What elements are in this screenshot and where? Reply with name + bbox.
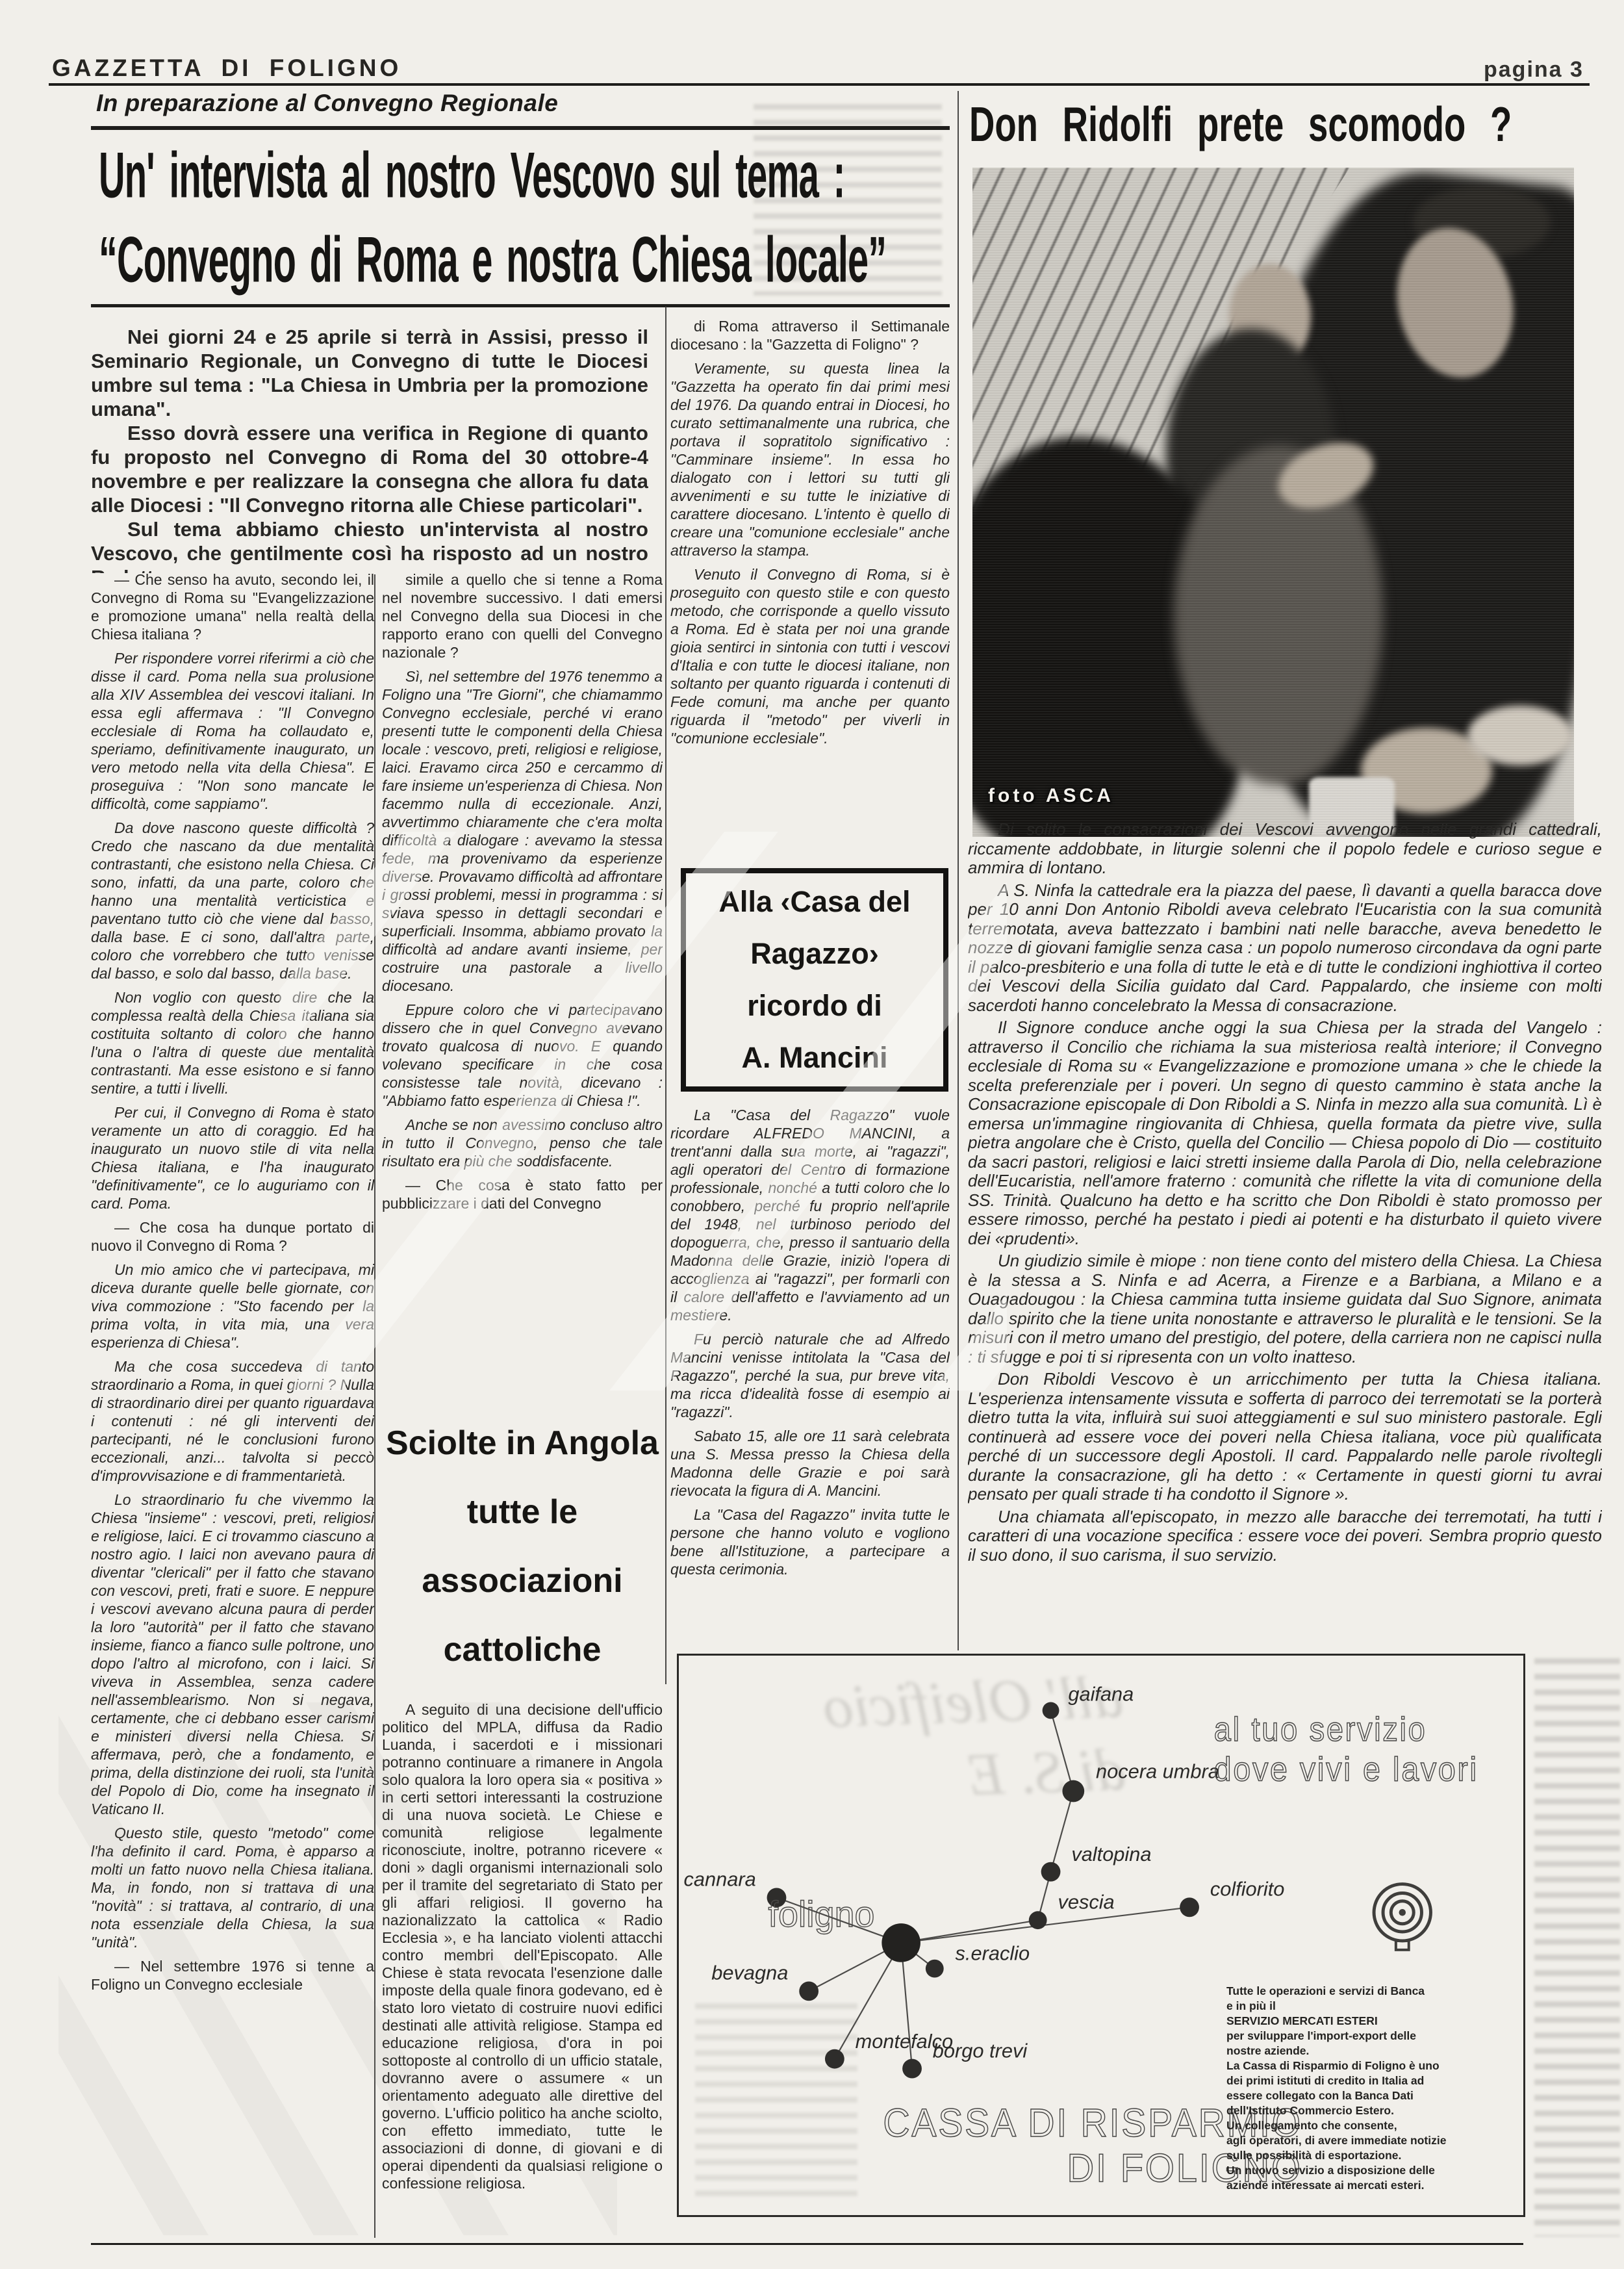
paragraph: Don Riboldi Vescovo è un arricchimento p… — [968, 1370, 1602, 1504]
consecration-photo: foto ASCA — [972, 168, 1574, 837]
map-edge — [1051, 1791, 1074, 1872]
text-line: Alla ‹Casa del — [686, 876, 943, 928]
text-line: cattoliche — [382, 1615, 663, 1684]
paragraph: Sabato 15, alle ore 11 sarà celebrata un… — [670, 1427, 950, 1500]
text-line: Sciolte in Angola — [382, 1409, 663, 1478]
paragraph: Anche se non avessimo concluso altro in … — [382, 1116, 663, 1170]
interview-column-2: simile a quello che si tenne a Roma nel … — [382, 570, 663, 1370]
text-line: nostre aziende. — [1226, 2044, 1447, 2058]
map-edge — [1051, 1710, 1074, 1791]
kicker: In preparazione al Convegno Regionale — [96, 90, 558, 117]
paragraph: — Che cosa ha dunque portato di nuovo il… — [91, 1218, 374, 1255]
paragraph: La "Casa del Ragazzo" invita tutte le pe… — [670, 1506, 950, 1578]
paragraph: Sul tema abbiamo chiesto un'intervista a… — [91, 517, 648, 573]
paragraph: Ma che cosa succedeva di tanto straordin… — [91, 1357, 374, 1485]
paragraph: Fu perciò naturale che ad Alfredo Mancin… — [670, 1330, 950, 1421]
showthrough-noise — [1534, 1658, 1620, 2237]
ad-outline-text: dove vivi e lavori — [1214, 1750, 1478, 1788]
photo-halftone-overlay — [972, 168, 1574, 837]
text-line: Un collegamento che consente, — [1226, 2118, 1447, 2133]
text-line: tutte le — [382, 1478, 663, 1546]
text-line: dell'Istituto Commercio Estero. — [1226, 2103, 1447, 2118]
paragraph: A seguito di una decisione dell'ufficio … — [382, 1701, 663, 2192]
paragraph: A S. Ninfa la cattedrale era la piazza d… — [968, 881, 1602, 1016]
paragraph: Venuto il Convegno di Roma, si è prosegu… — [670, 565, 950, 747]
text-line: SERVIZIO MERCATI ESTERI — [1226, 2014, 1447, 2029]
paragraph: Veramente, su questa linea la "Gazzetta … — [670, 359, 950, 559]
text-line: essere collegato con la Banca Dati — [1226, 2088, 1447, 2103]
map-town-dot — [1043, 1702, 1059, 1719]
map-town-label: cannara — [684, 1868, 756, 1891]
text-line: aziende interessate ai mercati esteri. — [1226, 2178, 1447, 2193]
casa-del-ragazzo-article: La "Casa del Ragazzo" vuole ricordare AL… — [670, 1106, 950, 1686]
text-line: Un nuovo servizio a disposizione delle — [1226, 2163, 1447, 2178]
interview-column-1: — Che senso ha avuto, secondo lei, il Co… — [91, 570, 374, 2238]
map-edge — [901, 1920, 1038, 1943]
map-hub-label: foligno — [768, 1894, 875, 1934]
map-town-label: s.eraclio — [956, 1942, 1030, 1965]
main-headline-line-1: Un' intervista al nostro Vescovo sul tem… — [99, 139, 845, 212]
bottom-rule — [91, 2243, 1523, 2245]
map-town-label: bevagna — [711, 1962, 788, 1984]
map-town-dot — [1180, 1897, 1199, 1917]
text-line: La Cassa di Risparmio di Foligno è uno — [1226, 2058, 1447, 2073]
text-line: ricordo di — [686, 980, 943, 1032]
map-town-label: nocera umbra — [1096, 1760, 1219, 1783]
ridolfi-article: Di solito le consacrazioni dei Vescovi a… — [968, 820, 1602, 1652]
text-line: dei primi istituti di credito in Italia … — [1226, 2073, 1447, 2088]
newspaper-page: GAZZETTA DI FOLIGNO pagina 3 In preparaz… — [0, 0, 1624, 2269]
paragraph: Per cui, il Convegno di Roma è stato ver… — [91, 1103, 374, 1212]
paragraph: Questo stile, questo "metodo" come l'ha … — [91, 1824, 374, 1951]
text-line: agli operatori, di avere immediate notiz… — [1226, 2133, 1447, 2148]
paragraph: Eppure coloro che vi partecipavano disse… — [382, 1001, 663, 1110]
angola-headline: Sciolte in Angolatutte leassociazionicat… — [382, 1409, 663, 1684]
map-town-dot — [825, 2049, 844, 2069]
map-town-dot — [1029, 1911, 1047, 1929]
text-line: sulle possibilità di esportazione. — [1226, 2148, 1447, 2163]
paragraph: Un mio amico che vi partecipava, mi dice… — [91, 1261, 374, 1352]
map-town-dot — [799, 1982, 818, 2001]
paragraph: Sì, nel settembre del 1976 tenemmo a Fol… — [382, 667, 663, 995]
paragraph: — Che senso ha avuto, secondo lei, il Co… — [91, 570, 374, 643]
ad-services-text: Tutte le operazioni e servizi di Bancae … — [1226, 1984, 1447, 2193]
map-town-label: vescia — [1058, 1890, 1114, 1913]
text-line: Ragazzo› — [686, 928, 943, 980]
paragraph: Esso dovrà essere una verifica in Region… — [91, 421, 648, 517]
paragraph: di Roma attraverso il Settimanale dioces… — [670, 317, 950, 353]
text-line: associazioni — [382, 1546, 663, 1615]
column-divider — [958, 91, 959, 1650]
map-hub-dot — [882, 1923, 920, 1962]
column-divider — [665, 307, 666, 1684]
text-line: e in più il — [1226, 1999, 1447, 2014]
paragraph: Di solito le consacrazioni dei Vescovi a… — [968, 820, 1602, 878]
page-number: pagina 3 — [1484, 57, 1584, 83]
interview-column-3: di Roma attraverso il Settimanale dioces… — [670, 317, 950, 849]
paragraph: Una chiamata all'episcopato, in mezzo al… — [968, 1507, 1602, 1565]
bank-logo-icon — [1399, 1909, 1406, 1916]
map-town-dot — [926, 1960, 944, 1978]
paragraph: Il Signore conduce anche oggi la sua Chi… — [968, 1018, 1602, 1248]
header-rule — [49, 83, 1590, 86]
angola-article: A seguito di una decisione dell'ufficio … — [382, 1701, 663, 2248]
map-town-label: valtopina — [1071, 1843, 1151, 1865]
photo-credit: foto ASCA — [988, 785, 1114, 807]
paragraph: Per rispondere vorrei riferirmi a ciò ch… — [91, 649, 374, 813]
column-divider — [374, 574, 375, 2238]
text-line: Tutte le operazioni e servizi di Banca — [1226, 1984, 1447, 1999]
bank-ad: all' Oleificio di S. E gaifananocera umb… — [677, 1654, 1525, 2217]
map-town-dot — [902, 2059, 922, 2079]
paragraph: — Che cosa è stato fatto per pubblicizza… — [382, 1176, 663, 1212]
map-town-dot — [1041, 1862, 1061, 1882]
masthead-title: GAZZETTA DI FOLIGNO — [52, 55, 401, 82]
paragraph: Da dove nascono queste difficoltà ? Cred… — [91, 819, 374, 982]
paragraph: simile a quello che si tenne a Roma nel … — [382, 570, 663, 661]
text-line: A. Mancini — [686, 1032, 943, 1084]
paragraph: La "Casa del Ragazzo" vuole ricordare AL… — [670, 1106, 950, 1324]
paragraph: Nei giorni 24 e 25 aprile si terrà in As… — [91, 325, 648, 421]
map-town-label: colfiorito — [1210, 1877, 1285, 1900]
main-headline-line-2: “Convegno di Roma e nostra Chiesa locale… — [99, 224, 886, 297]
headline-top-rule — [91, 126, 950, 130]
paragraph: Lo straordinario fu che vivemmo la Chies… — [91, 1491, 374, 1818]
paragraph: Un giudizio simile è miope : non tiene c… — [968, 1251, 1602, 1366]
map-town-label: borgo trevi — [933, 2040, 1028, 2062]
text-line: per sviluppare l'import-export delle — [1226, 2029, 1447, 2044]
paragraph: Non voglio con questo dire che la comple… — [91, 988, 374, 1097]
ridolfi-headline: Don Ridolfi prete scomodo ? — [969, 96, 1512, 153]
casa-del-ragazzo-box-title: Alla ‹Casa delRagazzo›ricordo diA. Manci… — [681, 868, 948, 1092]
lead-intro: Nei giorni 24 e 25 aprile si terrà in As… — [91, 325, 648, 573]
ad-outline-text: al tuo servizio — [1214, 1710, 1427, 1748]
headline-bottom-rule — [91, 304, 950, 307]
paragraph: — Nel settembre 1976 si tenne a Foligno … — [91, 1957, 374, 1993]
map-town-dot — [1062, 1780, 1084, 1802]
map-town-label: gaifana — [1068, 1683, 1134, 1706]
